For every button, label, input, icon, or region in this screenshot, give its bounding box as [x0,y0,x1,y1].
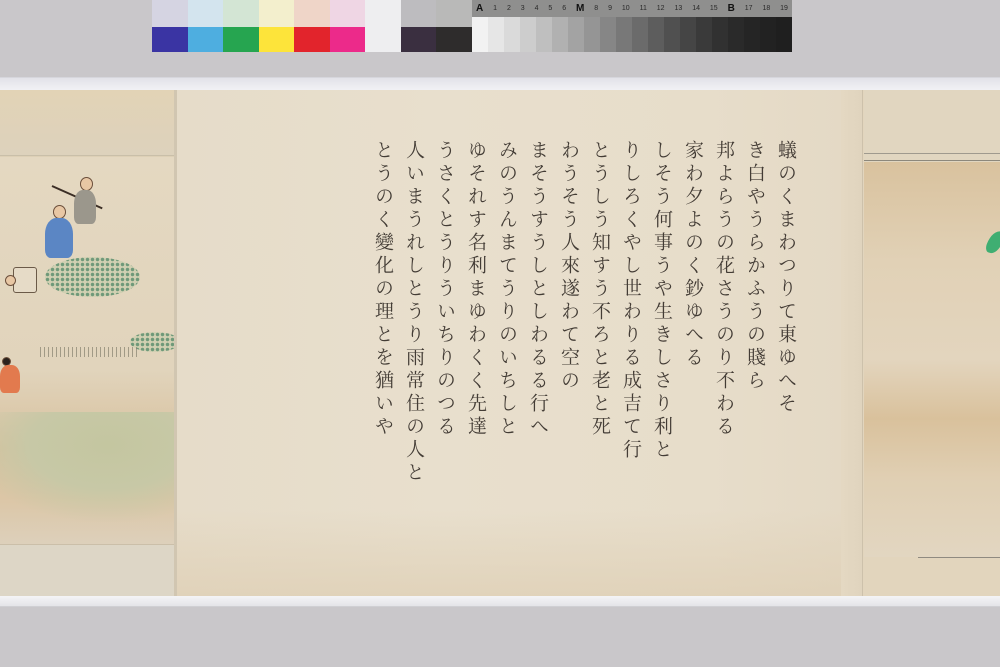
painted-scene [0,157,177,544]
orange-robe [0,365,20,393]
mat-bottom-edge [0,596,1000,607]
text-columns: 蟻のくまわつりて東ゆへそき白やうらかふうの賤ら邦よらうの花さうのり不わる家わ夕よ… [367,140,801,560]
patch-light [259,0,295,27]
gray-label: 4 [535,5,539,12]
patch-dark [401,27,437,52]
head [53,205,66,219]
grassy-hill [0,412,177,522]
text-column: わうそう人來遂わて空の [553,140,584,560]
gray-step [760,17,776,52]
gray-step [616,17,632,52]
gray-label: 13 [674,5,682,12]
patch-light [330,0,366,27]
gray-label: 14 [692,5,700,12]
gray-label: 12 [657,5,665,12]
patch-dark [188,27,224,52]
grass-tufts [40,347,140,357]
color-patch-magenta [330,0,366,52]
grey-robe [74,190,96,224]
patch-dark [436,27,472,52]
text-column: りしろくやし世わりる成吉て行 [615,140,646,560]
gray-label: A [476,3,483,14]
gray-step [648,17,664,52]
color-calibration-target: A123456M89101112131415B171819 [152,0,792,52]
gray-label: M [576,3,584,14]
text-column: 蟻のくまわつりて東ゆへそ [770,140,801,560]
blue-robe [45,218,73,258]
handscroll: 蟻のくまわつりて東ゆへそき白やうらかふうの賤ら邦よらうの花さうのり不わる家わ夕よ… [0,90,1000,596]
color-patches [152,0,472,52]
painted-scene [864,162,1000,557]
text-column: 邦よらうの花さうのり不わる [708,140,739,560]
patch-light [188,0,224,27]
gray-step [600,17,616,52]
color-patch-white [365,0,401,52]
head [5,275,16,286]
patch-light [365,0,401,27]
patch-dark [294,27,330,52]
gray-step [776,17,792,52]
patch-dark [259,27,295,52]
gray-step [520,17,536,52]
text-column: しそう何事うや生きしさり利と [646,140,677,560]
gray-label: 11 [640,5,647,12]
gray-step [552,17,568,52]
gray-step [504,17,520,52]
gray-step [488,17,504,52]
gray-label: B [728,3,735,14]
gray-step [536,17,552,52]
text-column: みのうんまてうりのいちしと [491,140,522,560]
gray-step [664,17,680,52]
bush [45,257,140,297]
right-illustration-panel [841,90,1000,596]
patch-light [152,0,188,27]
gray-label: 8 [594,5,598,12]
gray-label: 2 [507,5,511,12]
ground-line [918,557,1000,558]
gray-step [680,17,696,52]
color-patch-blue [152,0,188,52]
left-illustration-panel [0,90,177,596]
patch-light [401,0,437,27]
gray-label: 3 [521,5,525,12]
gray-scale-strip: A123456M89101112131415B171819 [472,0,792,52]
gray-label: 5 [548,5,552,12]
text-column: とうしう知すう不ろと老と死 [584,140,615,560]
text-column: ゆそれす名利まゆわくく先達 [460,140,491,560]
gray-label: 6 [562,5,566,12]
text-column: まそうすうしとしわるる行へ [522,140,553,560]
gray-step [696,17,712,52]
text-column: とうのく變化の理とを猶いや [367,140,398,560]
gray-scale-labels: A123456M89101112131415B171819 [472,0,792,17]
gray-step [584,17,600,52]
paper-seam [841,90,863,596]
gray-step [632,17,648,52]
patch-dark [365,27,401,52]
sky-band [0,90,177,156]
gray-label: 10 [622,5,630,12]
color-patch-black [436,0,472,52]
color-patch-green [223,0,259,52]
text-column: 家わ夕よのく鈔ゆへる [677,140,708,560]
gray-step [712,17,728,52]
gray-step [472,17,488,52]
patch-light [294,0,330,27]
text-column: き白やうらかふうの賤ら [739,140,770,560]
patch-light [436,0,472,27]
gray-label: 18 [762,5,770,12]
patch-dark [223,27,259,52]
color-patch-red [294,0,330,52]
gray-step [568,17,584,52]
gray-scale-steps [472,17,792,52]
patch-dark [152,27,188,52]
patch-dark [330,27,366,52]
color-patch-dark-gray [401,0,437,52]
color-patch-yellow [259,0,295,52]
head [80,177,93,191]
gray-label: 19 [780,5,788,12]
gray-label: 9 [608,5,612,12]
text-column: うさくとうりういちりのつる [429,140,460,560]
gray-label: 15 [710,5,718,12]
gray-step [744,17,760,52]
gray-label: 17 [745,5,753,12]
ground-band [0,544,177,596]
calligraphy-text-sheet: 蟻のくまわつりて東ゆへそき白やうらかふうの賤ら邦よらうの花さうのり不わる家わ夕よ… [177,90,841,596]
gray-label: 1 [493,5,497,12]
gray-step [728,17,744,52]
pack [13,267,37,293]
ruled-lines [864,153,1000,161]
mat-top-edge [0,77,1000,90]
text-column: 人いまうれしとうり雨常住の人と [398,140,429,560]
color-patch-cyan [188,0,224,52]
patch-light [223,0,259,27]
